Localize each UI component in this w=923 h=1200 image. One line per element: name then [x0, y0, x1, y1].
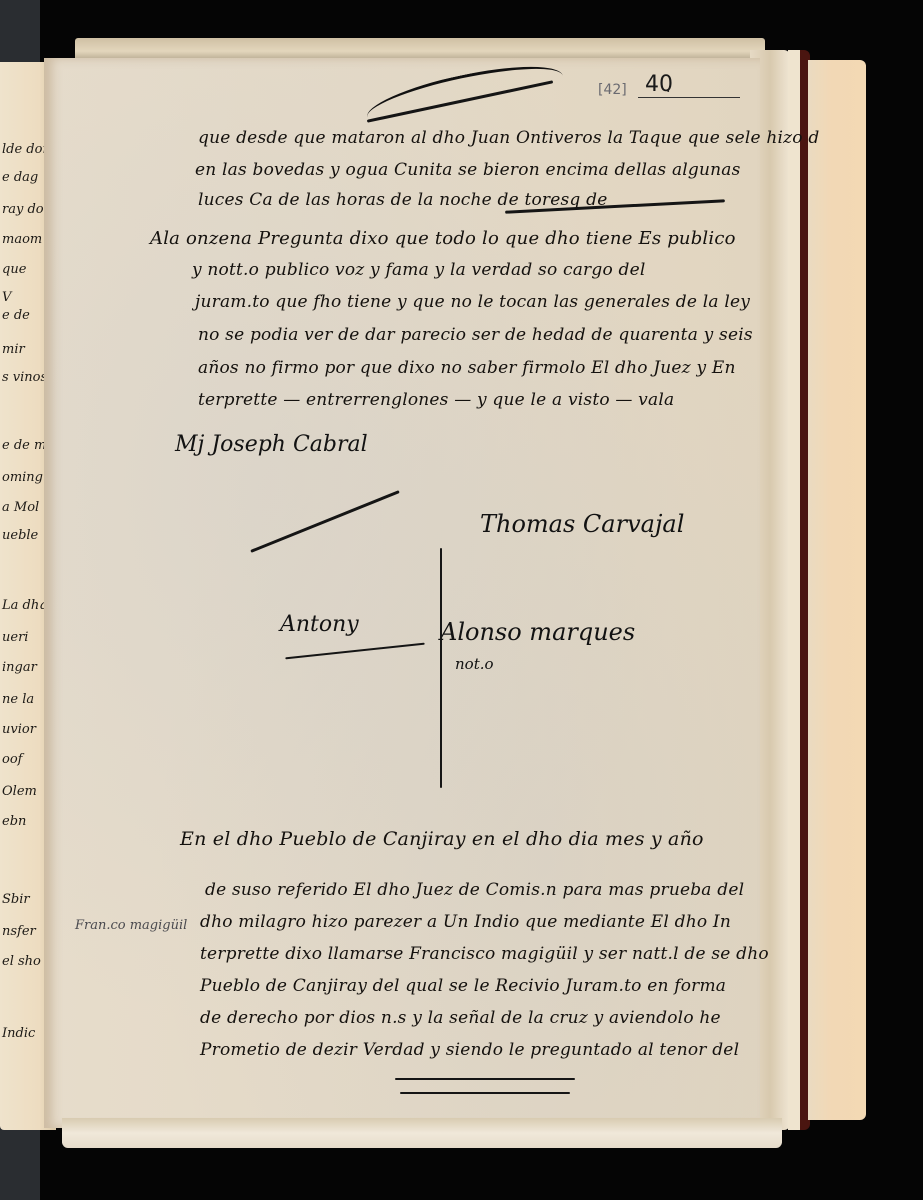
folio-underline	[638, 97, 740, 98]
text-line: juram.to que fho tiene y que no le tocan…	[195, 292, 750, 312]
text-line: terprette dixo llamarse Francisco magigü…	[200, 944, 769, 964]
left-fragment: maom	[2, 232, 42, 247]
left-fragment: mir	[2, 342, 25, 357]
outer-folded-leaf	[808, 60, 866, 1120]
left-fragment: ueri	[2, 630, 28, 645]
text-line: y nott.o publico voz y fama y la verdad …	[192, 260, 645, 280]
left-fragment: ueble	[2, 528, 38, 543]
left-fragment: a Mol	[2, 500, 39, 515]
text-line: terprette — entrerrenglones — y que le a…	[198, 390, 674, 410]
left-fragment: nsfer	[2, 924, 36, 939]
left-fragment: uvior	[2, 722, 36, 737]
left-fragment: ebn	[2, 814, 26, 829]
text-line: en las bovedas y ogua Cunita se bieron e…	[195, 160, 741, 180]
signature-judge: Thomas Carvajal	[480, 510, 684, 538]
closing-rule	[400, 1092, 570, 1094]
text-line: dho milagro hizo parezer a Un Indio que …	[200, 912, 731, 932]
page-bottom-edge	[62, 1118, 782, 1148]
text-line: de derecho por dios n.s y la señal de la…	[200, 1008, 721, 1028]
text-line: años no firmo por que dixo no saber firm…	[198, 358, 736, 378]
margin-note-name: Fran.co magigüil	[75, 918, 187, 933]
left-fragment: e dag	[2, 170, 38, 185]
left-fragment: ingar	[2, 660, 37, 675]
left-fragment: ne la	[2, 692, 34, 707]
signature-divider-stroke	[440, 548, 442, 788]
text-line: Pueblo de Canjiray del qual se le Recivi…	[200, 976, 726, 996]
page-top-edge	[75, 38, 765, 60]
text-line: En el dho Pueblo de Canjiray en el dho d…	[180, 828, 704, 850]
signature-witness: Mj Joseph Cabral	[175, 432, 368, 457]
text-line: Ala onzena Pregunta dixo que todo lo que…	[150, 228, 736, 249]
notary-title: not.o	[455, 655, 494, 673]
manuscript-page	[44, 58, 760, 1128]
left-fragment: s vinos	[2, 370, 47, 385]
text-line: de suso referido El dho Juez de Comis.n …	[205, 880, 744, 900]
left-fragment: La dhq	[2, 598, 48, 613]
left-fragment: Sbir	[2, 892, 30, 907]
signature-notary: Alonso marques	[440, 618, 635, 646]
left-fragment: V	[2, 290, 11, 305]
left-fragment: oming	[2, 470, 43, 485]
left-fragment: oof	[2, 752, 22, 767]
text-line: no se podia ver de dar parecio ser de he…	[198, 325, 753, 345]
left-fragment: Indic	[2, 1026, 35, 1041]
left-fragment: e de	[2, 308, 30, 323]
text-line: que desde que mataron al dho Juan Ontive…	[198, 128, 819, 148]
signature-interpreter: Antony	[280, 612, 359, 637]
text-line: luces Ca de las horas de la noche de tor…	[198, 190, 607, 210]
closing-rule	[395, 1078, 575, 1080]
left-fragment: el sho	[2, 954, 41, 969]
left-fragment: Olem	[2, 784, 37, 799]
text-line: Prometio de dezir Verdad y siendo le pre…	[200, 1040, 739, 1060]
left-fragment: que	[2, 262, 26, 277]
folio-stamp: [42]	[598, 82, 627, 98]
folio-suffix: .	[666, 80, 670, 96]
